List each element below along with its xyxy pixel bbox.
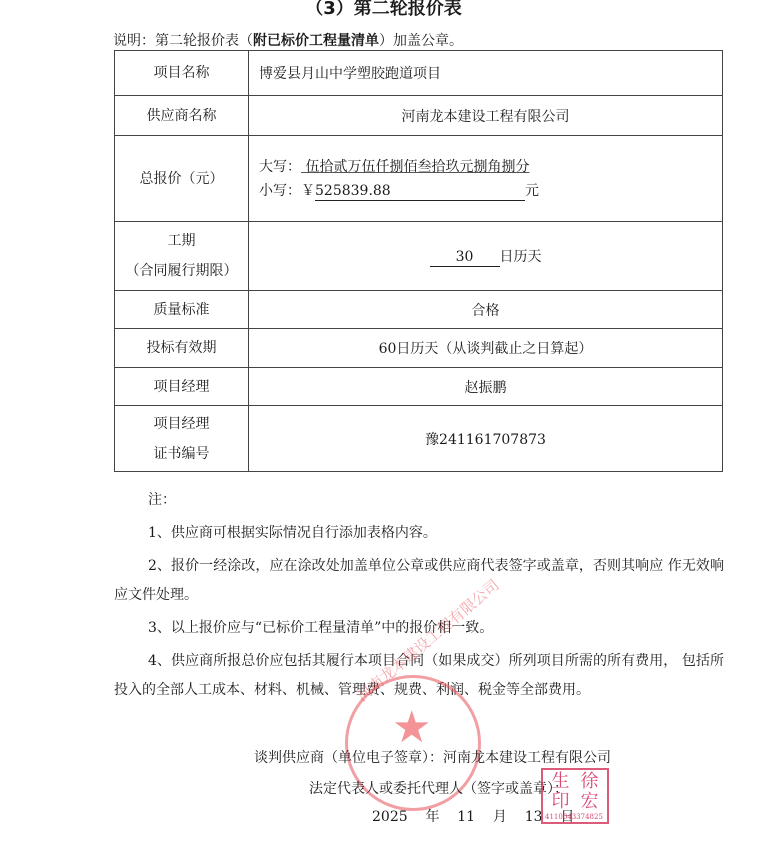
instruction-text: 说明：第二轮报价表（附已标价工程量清单）加盖公章。: [113, 30, 463, 50]
certificate-label: 项目经理 证书编号: [115, 406, 249, 472]
supplier-name-value: 河南龙本建设工程有限公司: [249, 96, 723, 136]
table-row-bid-validity: 投标有效期 60日历天（从谈判截止之日算起）: [115, 329, 723, 368]
note-item: 2、报价一经涂改，应在涂改处加盖单位公章或供应商代表签字或盖章，否则其响应 作无…: [114, 552, 724, 610]
note-item: 1、供应商可根据实际情况自行添加表格内容。: [114, 519, 724, 548]
seal-char: 生: [546, 772, 575, 792]
personal-seal-chars: 生 徐 印 宏: [546, 772, 604, 812]
instruction-suffix: ）加盖公章。: [379, 33, 463, 49]
project-name-label: 项目名称: [115, 51, 249, 96]
price-lowercase-value: 525839.88: [315, 182, 525, 201]
table-row-certificate: 项目经理 证书编号 豫241161707873: [115, 406, 723, 472]
personal-seal-number: 4110043374825: [545, 813, 603, 821]
notes-heading: 注：: [114, 486, 724, 515]
representative-signature-line: 法定代表人或委托代理人（签字或盖章）：: [309, 778, 568, 798]
price-uppercase-value: 伍拾贰万伍仟捌佰叁拾玖元捌角捌分: [301, 159, 529, 175]
quotation-table: 项目名称 博爱县月山中学塑胶跑道项目 供应商名称 河南龙本建设工程有限公司 总报…: [114, 50, 723, 472]
supplier-signature-line: 谈判供应商（单位电子签章）：河南龙本建设工程有限公司: [254, 747, 611, 767]
total-price-cell: 大写： 伍拾贰万伍仟捌佰叁拾玖元捌角捌分 小写：￥ 525839.88元: [249, 136, 723, 222]
page-title: （3）第二轮报价表: [0, 0, 767, 20]
table-row-total-price: 总报价（元） 大写： 伍拾贰万伍仟捌佰叁拾玖元捌角捌分 小写：￥ 525839.…: [115, 136, 723, 222]
certificate-label-line2: 证书编号: [115, 439, 248, 469]
duration-label-line2: （合同履行期限）: [115, 256, 248, 286]
date-year: 2025: [372, 809, 408, 825]
date-month: 11: [457, 809, 475, 825]
project-name-value: 博爱县月山中学塑胶跑道项目: [249, 51, 723, 96]
duration-cell: 30日历天: [249, 222, 723, 291]
table-row-supplier: 供应商名称 河南龙本建设工程有限公司: [115, 96, 723, 136]
price-uppercase-line: 大写： 伍拾贰万伍仟捌佰叁拾玖元捌角捌分: [249, 155, 722, 179]
seal-char: 宏: [575, 792, 604, 812]
project-manager-label: 项目经理: [115, 368, 249, 406]
table-row-quality: 质量标准 合格: [115, 291, 723, 329]
date-year-unit: 年: [425, 809, 439, 825]
supplier-name-label: 供应商名称: [115, 96, 249, 136]
date-day: 13: [525, 809, 543, 825]
quality-label: 质量标准: [115, 291, 249, 329]
instruction-bold: 附已标价工程量清单: [253, 33, 379, 49]
personal-seal: 生 徐 印 宏 4110043374825: [541, 768, 609, 824]
duration-unit: 日历天: [500, 249, 542, 265]
quality-value: 合格: [249, 291, 723, 329]
duration-label-line1: 工期: [115, 226, 248, 256]
duration-label: 工期 （合同履行期限）: [115, 222, 249, 291]
date-month-unit: 月: [493, 809, 507, 825]
total-price-label: 总报价（元）: [115, 136, 249, 222]
bid-validity-label: 投标有效期: [115, 329, 249, 368]
certificate-value: 豫241161707873: [249, 406, 723, 472]
instruction-prefix: 说明：第二轮报价表（: [113, 33, 253, 49]
price-lowercase-line: 小写：￥ 525839.88元: [249, 179, 722, 203]
seal-char: 徐: [575, 772, 604, 792]
price-lowercase-unit: 元: [525, 183, 539, 199]
project-manager-value: 赵振鹏: [249, 368, 723, 406]
seal-char: 印: [546, 792, 575, 812]
bid-validity-value: 60日历天（从谈判截止之日算起）: [249, 329, 723, 368]
price-uppercase-label: 大写：: [259, 159, 301, 175]
duration-value: 30: [430, 248, 500, 267]
seal-star-icon: ★: [392, 702, 431, 753]
certificate-label-line1: 项目经理: [115, 409, 248, 439]
table-row-project-name: 项目名称 博爱县月山中学塑胶跑道项目: [115, 51, 723, 96]
price-lowercase-label: 小写：￥: [259, 183, 315, 199]
table-row-duration: 工期 （合同履行期限） 30日历天: [115, 222, 723, 291]
table-row-project-manager: 项目经理 赵振鹏: [115, 368, 723, 406]
